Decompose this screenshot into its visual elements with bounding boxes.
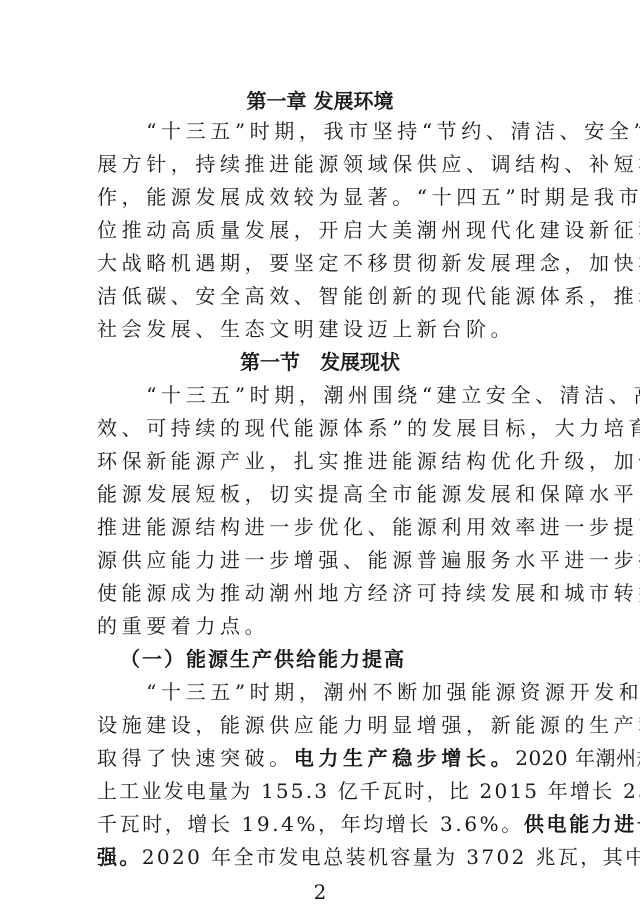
text-run: 2020 年潮州规模以 [515,746,640,770]
paragraph-line: “十三五”时期，潮州不断加强能源资源开发和基础 [97,677,545,707]
document-page: 第一章 发展环境 “十三五”时期，我市坚持“节约、清洁、安全”发 展方针，持续推… [0,0,640,905]
bold-phrase: 电力生产稳步增长。 [294,746,515,770]
paragraph-line: 洁低碳、安全高效、智能创新的现代能源体系，推动经济 [97,281,545,311]
text-run: 取得了快速突破。 [97,746,294,770]
paragraph-line: 强。2020 年全市发电总装机容量为 3702 兆瓦，其中火电装 [97,842,545,872]
text-run: 千瓦时，增长 19.4%，年均增长 3.6%。 [97,812,524,836]
paragraph-line: 取得了快速突破。电力生产稳步增长。2020 年潮州规模以 [97,743,545,773]
paragraph-line: “十三五”时期，潮州围绕“建立安全、清洁、高 [97,380,545,410]
subsection-title: （一）能源生产供给能力提高 [120,644,406,674]
paragraph-line: 推进能源结构进一步优化、能源利用效率进一步提高、能 [97,512,545,542]
bold-phrase: 强。 [97,845,142,869]
paragraph-line: 位推动高质量发展，开启大美潮州现代化建设新征程的重 [97,215,545,245]
paragraph-line: 环保新能源产业，扎实推进能源结构优化升级，加快补齐 [97,446,545,476]
paragraph-line: 源供应能力进一步增强、能源普遍服务水平进一步提升， [97,545,545,575]
paragraph-line: 设施建设，能源供应能力明显增强，新能源的生产和供应 [97,710,545,740]
paragraph-line: “十三五”时期，我市坚持“节约、清洁、安全”发 [97,116,545,146]
section-title: 第一节 发展现状 [0,347,640,377]
bold-phrase: 供电能力进一步增 [524,812,640,836]
paragraph-line: 效、可持续的现代能源体系”的发展目标，大力培育发展 [97,413,545,443]
paragraph-line: 使能源成为推动潮州地方经济可持续发展和城市转型升级 [97,578,545,608]
paragraph-line: 上工业发电量为 155.3 亿千瓦时，比 2015 年增长 25.2 亿 [97,776,545,806]
paragraph-line: 的重要着力点。 [97,611,545,641]
paragraph-line: 展方针，持续推进能源领域保供应、调结构、补短板等工 [97,149,545,179]
paragraph-line: 作，能源发展成效较为显著。“十四五”时期是我市全方 [97,182,545,212]
text-run: 2020 年全市发电总装机容量为 3702 兆瓦，其中火电装 [142,845,640,869]
paragraph-line: 大战略机遇期，要坚定不移贯彻新发展理念，加快构建清 [97,248,545,278]
paragraph-line: 千瓦时，增长 19.4%，年均增长 3.6%。供电能力进一步增 [97,809,545,839]
paragraph-line: 能源发展短板，切实提高全市能源发展和保障水平，从而 [97,479,545,509]
chapter-title: 第一章 发展环境 [0,86,640,116]
paragraph-line: 社会发展、生态文明建设迈上新台阶。 [97,314,545,344]
page-number: 2 [0,880,640,904]
